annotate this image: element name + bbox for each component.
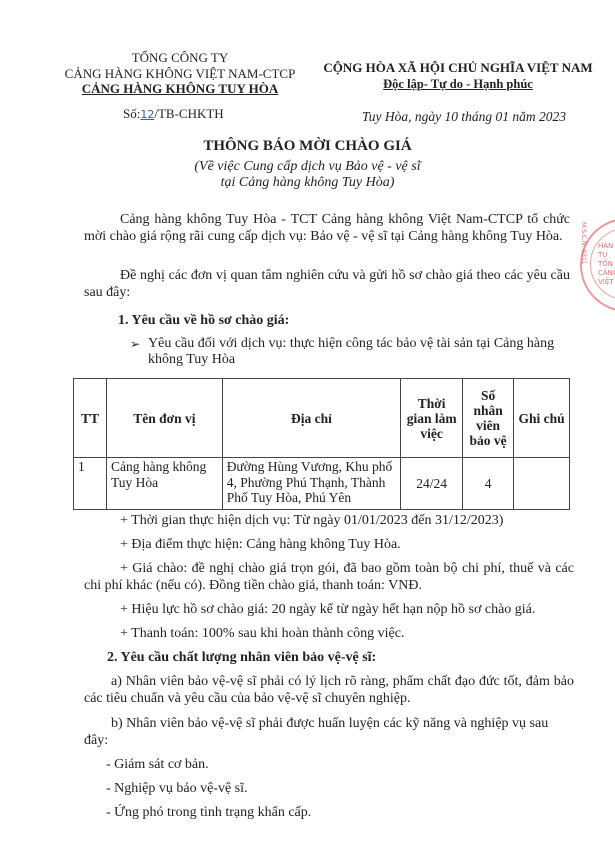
subtitle-line1: (Về việc Cung cấp dịch vụ Bảo vệ - vệ sĩ <box>0 159 615 175</box>
col-header-guard-count: Số nhân viên bảo vệ <box>463 379 514 458</box>
arrow-bullet-icon: ➢ <box>130 336 140 352</box>
national-header: CỘNG HÒA XÃ HỘI CHỦ NGHĨA VIỆT NAM Độc l… <box>308 60 608 92</box>
skill-item: - Ứng phó trong tình trạng khẩn cấp. <box>106 805 311 821</box>
org-parent-line2: CẢNG HÀNG KHÔNG VIỆT NAM-CTCP <box>60 66 300 82</box>
cell-working-time: 24/24 <box>401 458 463 510</box>
col-header-note: Ghi chú <box>514 379 570 458</box>
service-period: + Thời gian thực hiện dịch vụ: Từ ngày 0… <box>84 513 574 530</box>
cell-address: Đường Hùng Vương, Khu phố 4, Phường Phú … <box>222 458 401 510</box>
section2-heading: 2. Yêu cầu chất lượng nhân viên bảo vệ-v… <box>107 650 376 666</box>
stamp-ring-text: M.S.C.N: 0311 <box>580 222 587 265</box>
col-header-address: Địa chỉ <box>222 379 401 458</box>
subtitle-line2: tại Cảng hàng không Tuy Hòa) <box>0 175 615 191</box>
doc-number-suffix: /TB-CHKTH <box>154 106 223 121</box>
document-title: THÔNG BÁO MỜI CHÀO GIÁ <box>0 138 615 155</box>
service-requirement-text: Yêu cầu đối với dịch vụ: thực hiện công … <box>130 336 570 368</box>
nation-title: CỘNG HÒA XÃ HỘI CHỦ NGHĨA VIỆT NAM <box>308 60 608 76</box>
requirement-a: a) Nhân viên bảo vệ-vệ sĩ phải có lý lịc… <box>84 674 574 707</box>
service-requirement-bullet: ➢ Yêu cầu đối với dịch vụ: thực hiện côn… <box>130 336 570 368</box>
red-seal-stamp: M.S.C.N: 0311 HÀN TU TỔN CẢNG VIỆT <box>580 218 615 312</box>
doc-number-handwritten: 12 <box>140 108 154 121</box>
intro-paragraph: Cảng hàng không Tuy Hòa - TCT Cảng hàng … <box>84 212 570 245</box>
price-offer-terms: + Giá chào: đề nghị chào giá trọn gói, đ… <box>84 561 574 594</box>
table-header-row: TT Tên đơn vị Địa chỉ Thời gian làm việc… <box>74 379 570 458</box>
service-location: + Địa điểm thực hiện: Cảng hàng không Tu… <box>84 537 574 554</box>
document-subtitle: (Về việc Cung cấp dịch vụ Bảo vệ - vệ sĩ… <box>0 159 615 191</box>
table-row: 1 Cảng hàng không Tuy Hòa Đường Hùng Vươ… <box>74 458 570 510</box>
doc-number-prefix: Số: <box>123 106 140 121</box>
col-header-unit-name: Tên đơn vị <box>106 379 222 458</box>
place-date: Tuy Hòa, ngày 10 tháng 01 năm 2023 <box>362 109 566 125</box>
col-header-tt: TT <box>74 379 107 458</box>
skill-item: - Nghiệp vụ bảo vệ-vệ sĩ. <box>106 781 248 797</box>
stamp-inner-text: HÀN TU TỔN CẢNG VIỆT <box>598 242 615 287</box>
section1-heading: 1. Yêu cầu về hồ sơ chào giá: <box>118 313 289 329</box>
cell-tt: 1 <box>74 458 107 510</box>
org-parent-line1: TỔNG CÔNG TY <box>60 50 300 66</box>
requirements-table: TT Tên đơn vị Địa chỉ Thời gian làm việc… <box>73 378 570 510</box>
skill-item: - Giám sát cơ bản. <box>106 757 209 773</box>
cell-unit-name: Cảng hàng không Tuy Hòa <box>106 458 222 510</box>
cell-guard-count: 4 <box>463 458 514 510</box>
national-motto: Độc lập- Tự do - Hạnh phúc <box>308 76 608 92</box>
payment-terms: + Thanh toán: 100% sau khi hoàn thành cô… <box>84 626 574 643</box>
offer-validity: + Hiệu lực hồ sơ chào giá: 20 ngày kể từ… <box>84 602 574 619</box>
requirement-b: b) Nhân viên bảo vệ-vệ sĩ phải được huấn… <box>84 716 574 749</box>
issuing-organization: TỔNG CÔNG TY CẢNG HÀNG KHÔNG VIỆT NAM-CT… <box>60 50 300 97</box>
cell-note <box>514 458 570 510</box>
org-name: CẢNG HÀNG KHÔNG TUY HÒA <box>60 81 300 97</box>
document-number: Số:12/TB-CHKTH <box>123 106 224 122</box>
request-paragraph: Đề nghị các đơn vị quan tâm nghiên cứu v… <box>84 268 570 301</box>
col-header-working-time: Thời gian làm việc <box>401 379 463 458</box>
